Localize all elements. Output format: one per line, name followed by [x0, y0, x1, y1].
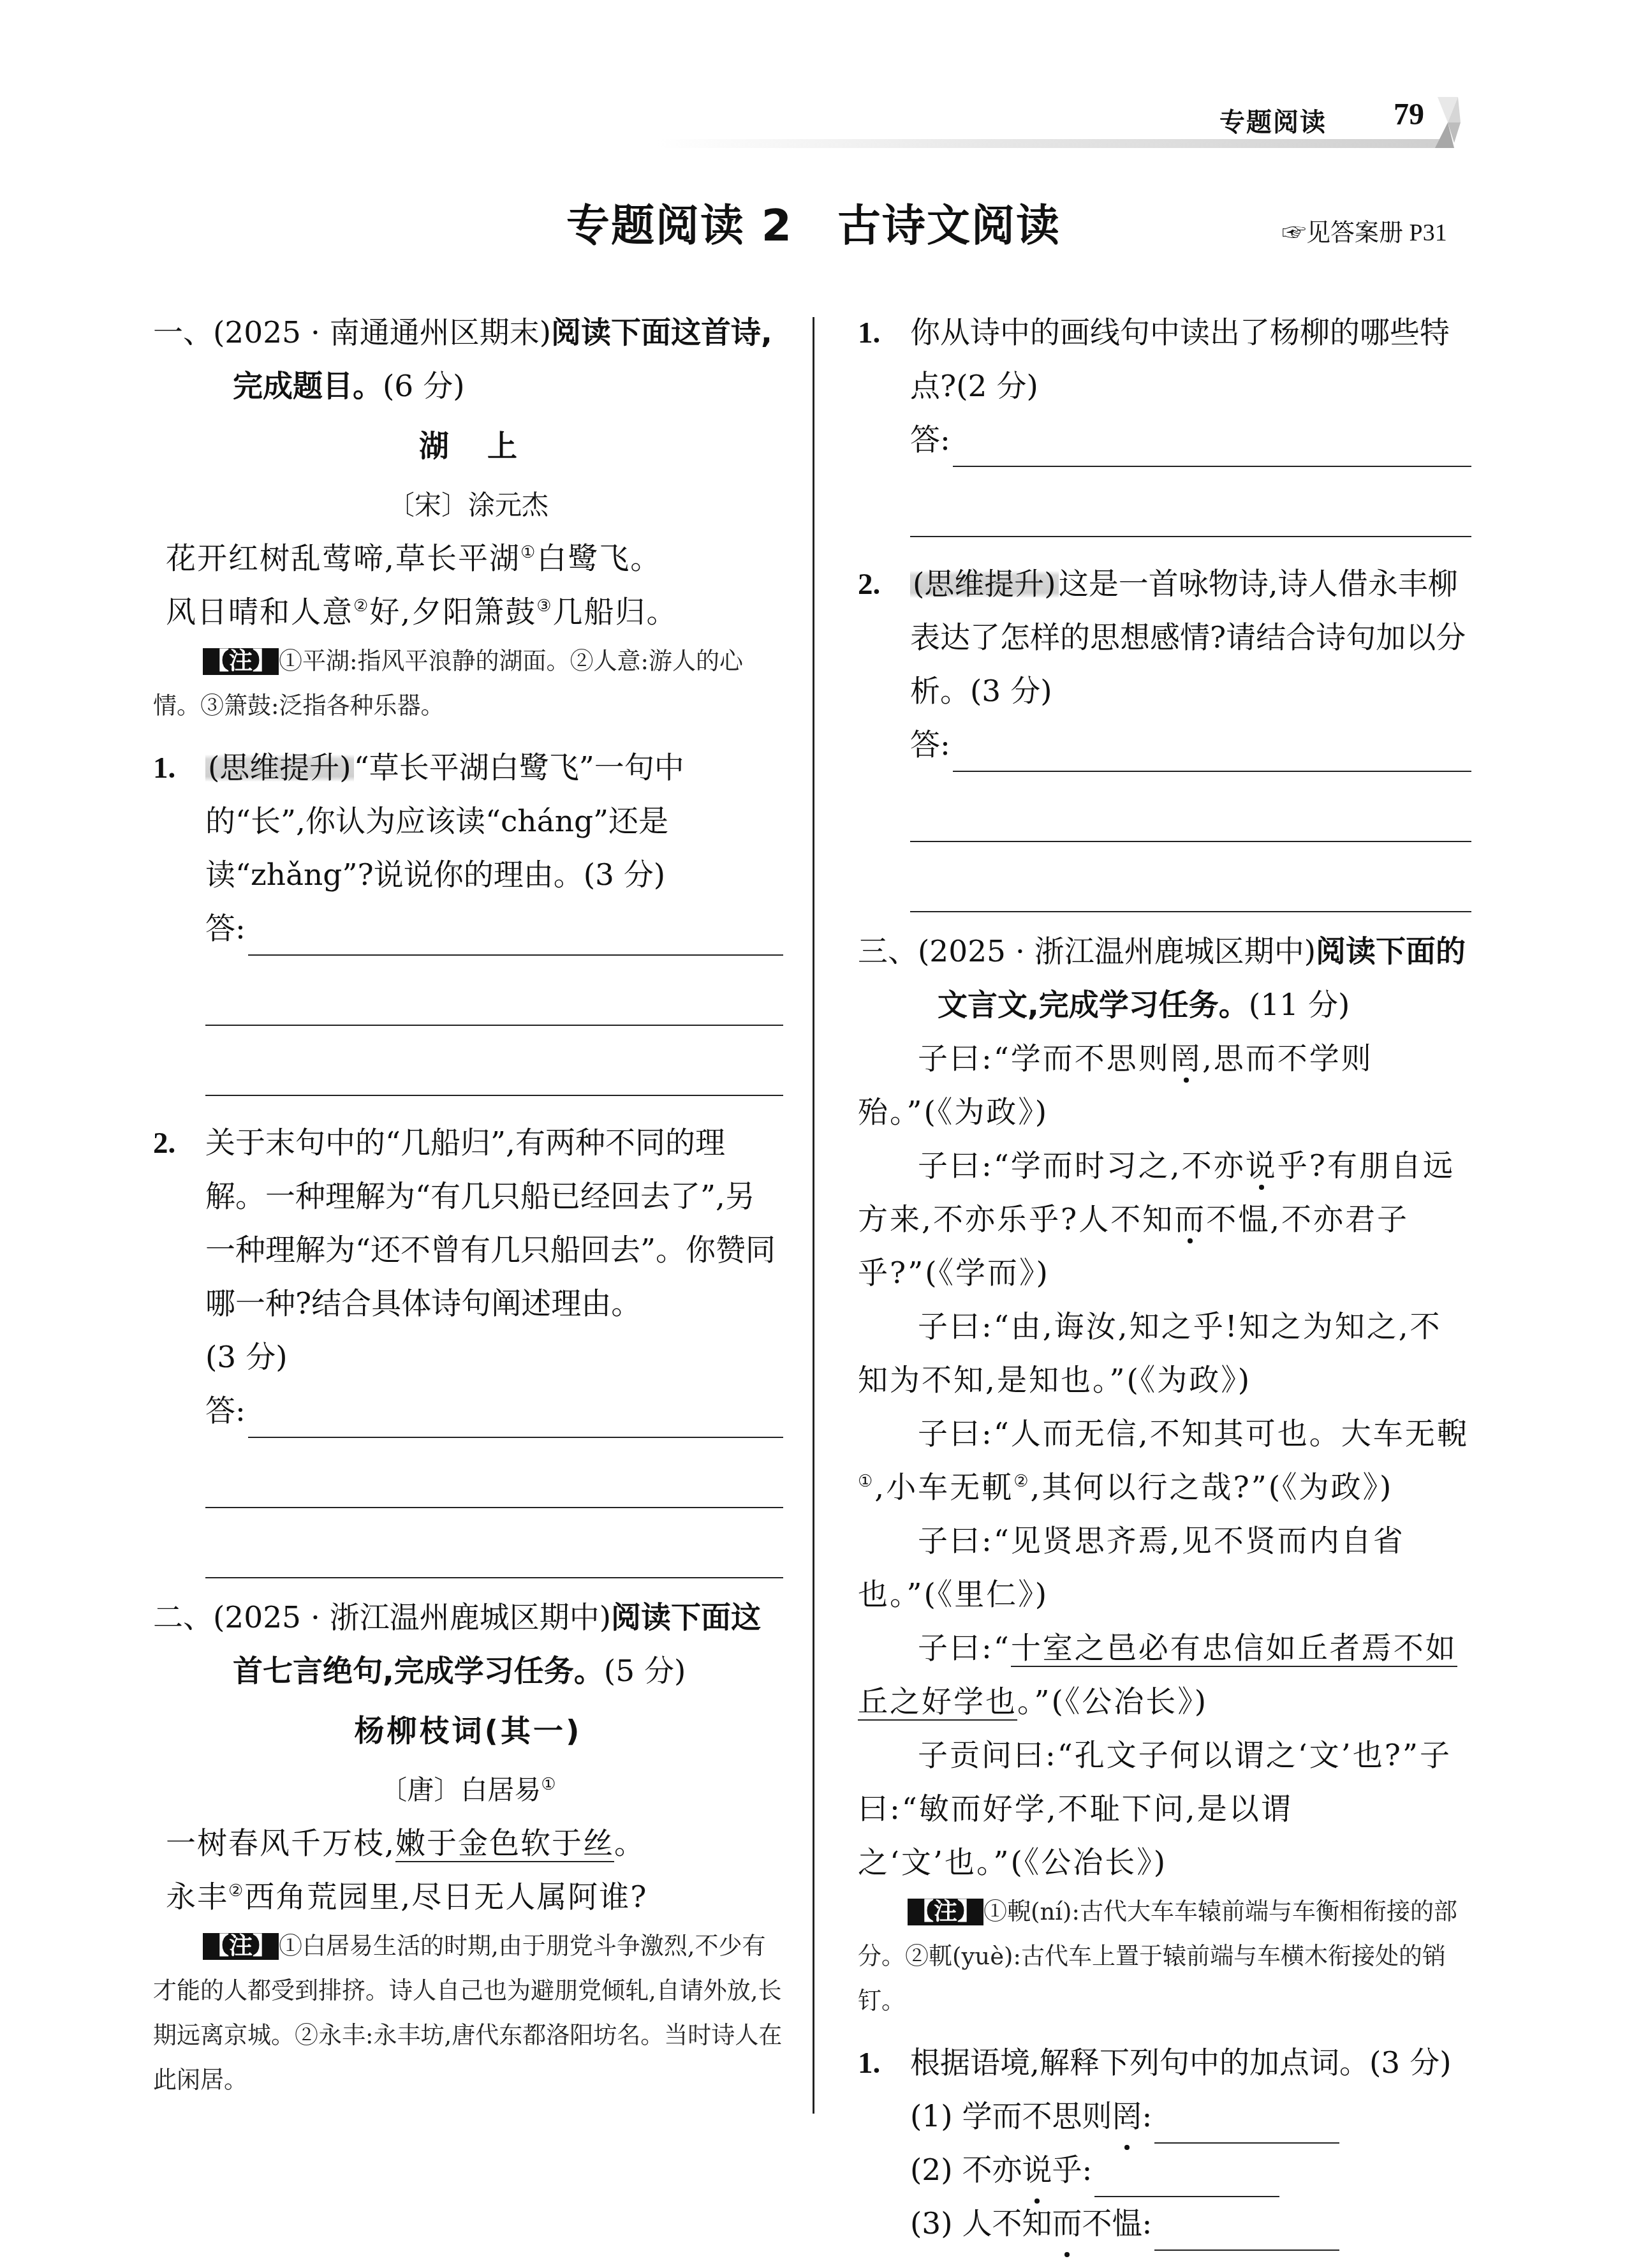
dotted-word: 罔 — [1170, 1041, 1202, 1076]
answer-ref-text: 见答案册 P31 — [1306, 219, 1447, 246]
footnote-marker: ① — [520, 543, 536, 562]
answer-input-line[interactable] — [1154, 2212, 1339, 2251]
answer-input-line[interactable] — [1154, 2105, 1339, 2144]
answer-input-line[interactable] — [910, 842, 1471, 912]
note-tag: 【注】 — [908, 1899, 983, 1925]
section-1-source: (2025 · 南通通州区期末) — [213, 315, 551, 350]
poem-line-1: 一树春风千万枝,嫩于金色软于丝。 — [153, 1817, 783, 1871]
underlined-line: 嫩于金色软于丝 — [395, 1826, 614, 1862]
page-number: 79 — [1394, 97, 1424, 132]
footnote-marker: ③ — [536, 597, 552, 616]
footnote-marker: ② — [1013, 1472, 1030, 1491]
answer-input-line[interactable] — [205, 1026, 783, 1096]
title-part-1: 专题阅读 2 — [566, 201, 793, 251]
footnote-marker: ② — [353, 597, 369, 616]
answer-input-line[interactable] — [205, 1508, 783, 1578]
dotted-word: 说 — [1022, 2144, 1052, 2197]
answer-reference: ☞见答案册 P31 — [1282, 212, 1447, 248]
answer-input-line[interactable] — [248, 917, 783, 956]
s3-q1-item-3: (3) 人不知而不愠: — [858, 2197, 1471, 2251]
section-2-source: (2025 · 浙江温州鹿城区期中) — [213, 1600, 611, 1635]
thinking-tag: (思维提升) — [910, 567, 1059, 602]
answer-input-line[interactable] — [953, 734, 1471, 772]
section-3-source: (2025 · 浙江温州鹿城区期中) — [918, 934, 1316, 969]
running-header-label: 专题阅读 — [1219, 102, 1327, 138]
thinking-tag: (思维提升) — [205, 750, 354, 785]
section-2-score: (5 分) — [604, 1654, 686, 1689]
answer-input-line[interactable] — [953, 429, 1471, 467]
dotted-word: 罔 — [1112, 2090, 1142, 2144]
pointing-hand-icon: ☞ — [1282, 219, 1306, 246]
analects-passage-4: 子曰:“人而无信,不知其可也。大车无輗①,小车无軏②,其何以行之哉?”(《为政》… — [858, 1407, 1471, 1515]
section-2-note: 【注】①白居易生活的时期,由于朋党斗争激烈,不少有才能的人都受到排挤。诗人自己也… — [153, 1924, 783, 2103]
analects-passage-1: 子曰:“学而不思则罔,思而不学则殆。”(《为政》) — [858, 1032, 1471, 1139]
analects-passage-2: 子曰:“学而时习之,不亦说乎?有朋自远方来,不亦乐乎?人不知而不愠,不亦君子乎?… — [858, 1139, 1471, 1300]
poem-line-2: 风日晴和人意②好,夕阳箫鼓③几船归。 — [153, 586, 783, 639]
footnote-marker: ② — [228, 1881, 244, 1901]
header-gradient-bar — [657, 139, 1441, 148]
section-2-heading: 二、(2025 · 浙江温州鹿城区期中)阅读下面这首七言绝句,完成学习任务。(5… — [153, 1591, 783, 1698]
note-tag: 【注】 — [203, 1933, 279, 1960]
analects-passage-3: 子曰:“由,诲汝,知之乎!知之为知之,不知为不知,是知也。”(《为政》) — [858, 1300, 1471, 1407]
note-tag: 【注】 — [203, 648, 279, 675]
s1-q1-answer-row: 答: — [153, 902, 783, 956]
poem-line-2: 永丰②西角荒园里,尽日无人属阿谁? — [153, 1871, 783, 1924]
analects-passage-6: 子曰:“十室之邑必有忠信如丘者焉不如丘之好学也。”(《公冶长》) — [858, 1622, 1471, 1729]
dotted-word: 而 — [1174, 1202, 1206, 1237]
poem-line-1: 花开红树乱莺啼,草长平湖①白鹭飞。 — [153, 532, 783, 586]
answer-input-line[interactable] — [1094, 2159, 1279, 2197]
s2-question-2: 2.(思维提升)这是一首咏物诗,诗人借永丰柳表达了怎样的思想感情?请结合诗句加以… — [858, 558, 1471, 718]
dotted-word: 而 — [1052, 2197, 1082, 2251]
answer-input-line[interactable] — [205, 1438, 783, 1508]
s3-q1-item-2: (2) 不亦说乎: — [858, 2144, 1471, 2197]
dotted-word: 说 — [1246, 1148, 1277, 1183]
s3-q1-item-1: (1) 学而不思则罔: — [858, 2090, 1471, 2144]
poem-author: 〔宋〕涂元杰 — [153, 478, 783, 532]
answer-input-line[interactable] — [910, 467, 1471, 537]
left-column: 一、(2025 · 南通通州区期末)阅读下面这首诗,完成题目。(6 分) 湖上 … — [153, 306, 783, 2103]
right-column: 1.你从诗中的画线句中读出了杨柳的哪些特点?(2 分) 答: 2.(思维提升)这… — [858, 306, 1471, 2251]
s2-q1-answer-row: 答: — [858, 413, 1471, 467]
answer-input-line[interactable] — [205, 956, 783, 1026]
answer-input-line[interactable] — [910, 772, 1471, 842]
s2-question-1: 1.你从诗中的画线句中读出了杨柳的哪些特点?(2 分) — [858, 306, 1471, 413]
footnote-marker: ① — [541, 1775, 556, 1794]
s1-q2-answer-row: 答: — [153, 1384, 783, 1438]
section-1-score: (6 分) — [383, 369, 465, 404]
poem-title: 湖上 — [153, 420, 783, 473]
column-divider — [813, 317, 814, 2114]
analects-passage-7: 子贡问曰:“孔文子何以谓之‘文’也?”子曰:“敏而好学,不耻下问,是以谓之‘文’… — [858, 1729, 1471, 1890]
section-1-heading: 一、(2025 · 南通通州区期末)阅读下面这首诗,完成题目。(6 分) — [153, 306, 783, 413]
s1-question-2: 2.关于末句中的“几船归”,有两种不同的理解。一种理解为“有几只船已经回去了”,… — [153, 1116, 783, 1384]
section-3-heading: 三、(2025 · 浙江温州鹿城区期中)阅读下面的文言文,完成学习任务。(11 … — [858, 925, 1471, 1032]
section-3-note: 【注】①輗(ní):古代大车车辕前端与车衡相衔接的部分。②軏(yuè):古代车上… — [858, 1890, 1471, 2024]
title-part-2: 古诗文阅读 — [837, 201, 1061, 251]
analects-passage-5: 子曰:“见贤思齐焉,见不贤而内自省也。”(《里仁》) — [858, 1515, 1471, 1622]
footnote-marker: ① — [858, 1472, 874, 1491]
s3-question-1: 1.根据语境,解释下列句中的加点词。(3 分) — [858, 2036, 1471, 2090]
poem-author: 〔唐〕白居易① — [153, 1763, 783, 1817]
poem-title: 杨柳枝词(其一) — [153, 1705, 783, 1758]
s2-q2-answer-row: 答: — [858, 718, 1471, 772]
section-1-note: 【注】①平湖:指风平浪静的湖面。②人意:游人的心情。③箫鼓:泛指各种乐器。 — [153, 639, 783, 729]
section-3-score: (11 分) — [1249, 988, 1350, 1023]
answer-input-line[interactable] — [248, 1400, 783, 1438]
triangle-ornament-icon — [1435, 97, 1461, 148]
s1-question-1: 1.(思维提升)“草长平湖白鹭飞”一句中的“长”,你认为应该读“cháng”还是… — [153, 741, 783, 902]
